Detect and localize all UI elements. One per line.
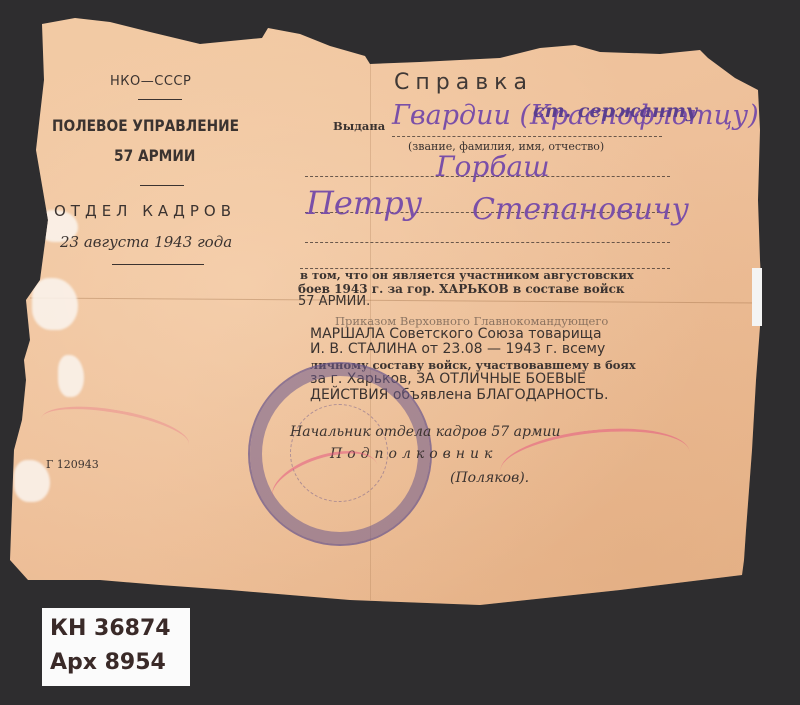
document-paper: НКО—СССР ПОЛЕВОЕ УПРАВЛЕНИЕ 57 АРМИИ ОТД… bbox=[0, 0, 800, 705]
issued-label: Выдана bbox=[333, 119, 385, 133]
paper-wear bbox=[14, 460, 50, 502]
department-name: ОТДЕЛ КАДРОВ bbox=[54, 202, 236, 220]
fill-line bbox=[392, 136, 662, 137]
paper-wear bbox=[58, 355, 84, 397]
archive-label: КН 36874 Арх 8954 bbox=[42, 608, 190, 686]
body-line: 57 АРМИИ. bbox=[298, 294, 370, 309]
order-line: МАРШАЛА Советского Союза товарища bbox=[310, 326, 602, 342]
handwritten-patronymic: Степановичу bbox=[472, 192, 689, 227]
agency-name: НКО—СССР bbox=[110, 74, 191, 89]
issue-date: 23 августа 1943 года bbox=[60, 233, 232, 251]
divider bbox=[112, 264, 204, 265]
document-title: Справка bbox=[394, 70, 533, 95]
divider bbox=[138, 99, 182, 100]
serial-number: Г 120943 bbox=[46, 458, 99, 471]
handwritten-first-name: Петру bbox=[306, 184, 422, 222]
handwritten-surname: Горбаш bbox=[436, 150, 550, 183]
fold-crease-horizontal bbox=[30, 297, 760, 303]
signatory-position: Начальник отдела кадров 57 армии bbox=[290, 424, 561, 440]
signature-mark bbox=[37, 397, 192, 465]
fill-line bbox=[305, 242, 670, 243]
paper-wear bbox=[32, 278, 78, 330]
unit-name-line2: 57 АРМИИ bbox=[114, 146, 195, 165]
unit-name-line1: ПОЛЕВОЕ УПРАВЛЕНИЕ bbox=[52, 116, 239, 135]
body-line: в том, что он является участником август… bbox=[300, 268, 634, 282]
order-line: И. В. СТАЛИНА от 23.08 — 1943 г. всему bbox=[310, 341, 605, 357]
archive-label-line2: Арх 8954 bbox=[50, 646, 182, 680]
mounting-tape bbox=[752, 268, 762, 326]
archive-label-line1: КН 36874 bbox=[50, 612, 182, 646]
divider bbox=[140, 185, 184, 186]
handwritten-rank-note: ст. сержанту bbox=[533, 100, 697, 122]
